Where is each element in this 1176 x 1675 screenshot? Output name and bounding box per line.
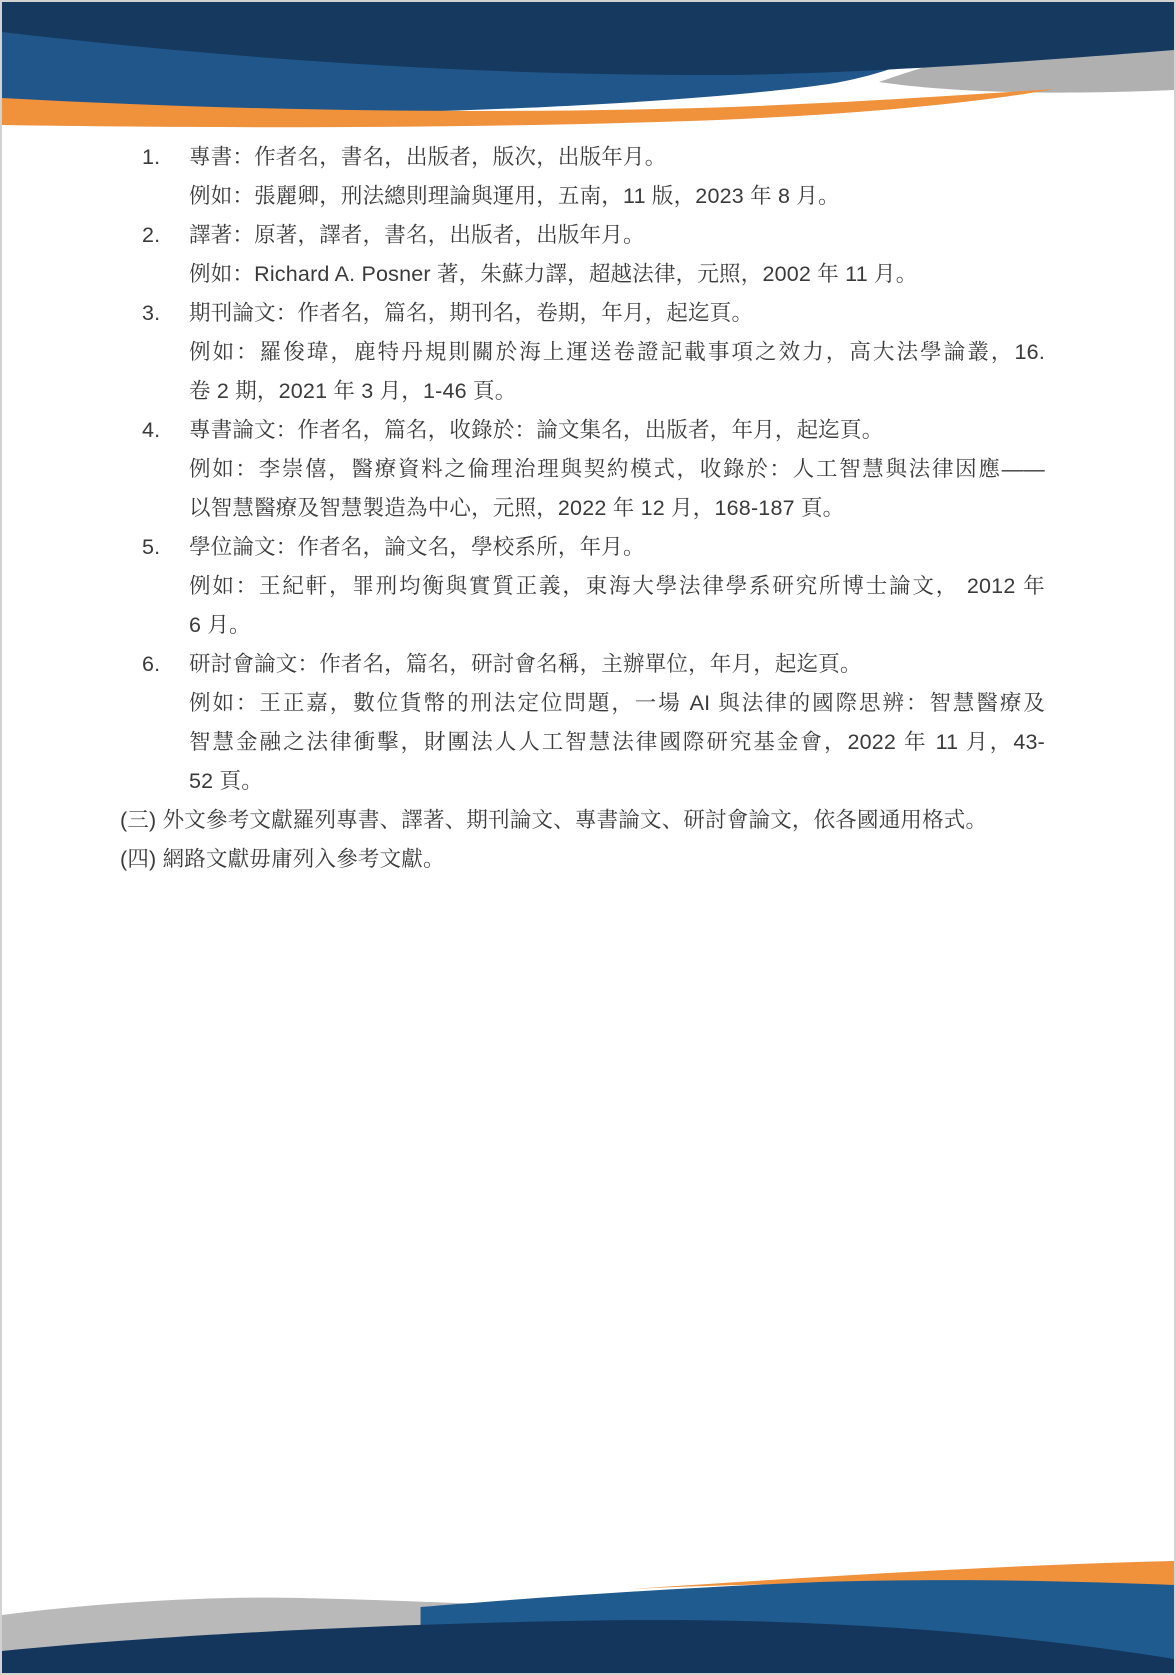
list-row: (四) 網路文獻毋庸列入參考文獻。	[120, 840, 1045, 879]
list-item-number: 6.	[142, 645, 189, 684]
list-item-text: 研討會論文：作者名，篇名，研討會名稱，主辦單位，年月，起迄頁。	[189, 645, 1045, 684]
list-item-text: 例如：Richard A. Posner 著，朱蘇力譯，超越法律，元照，2002…	[189, 255, 1045, 294]
list-item-text: 6 月。	[189, 606, 1045, 645]
footer-wave-gray	[2, 1598, 680, 1673]
header-wave-navy	[2, 2, 1174, 75]
list-row: 例如：王正嘉，數位貨幣的刑法定位問題，一場 AI 與法律的國際思辨：智慧醫療及	[142, 684, 1045, 723]
list-item-number	[142, 177, 189, 216]
list-item-number: 2.	[142, 216, 189, 255]
list-item-text: 以智慧醫療及智慧製造為中心，元照，2022 年 12 月，168-187 頁。	[189, 489, 1045, 528]
list-row: 3. 期刊論文：作者名，篇名，期刊名，卷期，年月，起迄頁。	[142, 294, 1045, 333]
list-item-number: 4.	[142, 411, 189, 450]
list-item-text: (四) 網路文獻毋庸列入參考文獻。	[120, 840, 1045, 879]
list-item-text: 專書：作者名，書名，出版者，版次，出版年月。	[189, 138, 1045, 177]
list-row: 智慧金融之法律衝擊，財團法人人工智慧法律國際研究基金會，2022 年 11 月，…	[142, 723, 1045, 762]
list-row: 1. 專書：作者名，書名，出版者，版次，出版年月。	[142, 138, 1045, 177]
list-row: 例如：王紀軒，罪刑均衡與實質正義，東海大學法律學系研究所博士論文， 2012 年	[142, 567, 1045, 606]
list-item-text: 例如：李崇僖，醫療資料之倫理治理與契約模式，收錄於：人工智慧與法律因應——	[189, 450, 1045, 489]
list-row: (三) 外文參考文獻羅列專書、譯著、期刊論文、專書論文、研討會論文，依各國通用格…	[120, 801, 1045, 840]
list-item-number	[142, 684, 189, 723]
list-item-text: 學位論文：作者名，論文名，學校系所，年月。	[189, 528, 1045, 567]
list-row: 52 頁。	[142, 762, 1045, 801]
header-wave-gray	[879, 14, 1174, 93]
footer-swoosh-graphic	[2, 1473, 1174, 1673]
list-row: 6. 研討會論文：作者名，篇名，研討會名稱，主辦單位，年月，起迄頁。	[142, 645, 1045, 684]
header-wave-blue	[2, 2, 979, 114]
list-row: 5. 學位論文：作者名，論文名，學校系所，年月。	[142, 528, 1045, 567]
footer-wave-navy	[2, 1620, 1174, 1673]
list-item-text: 52 頁。	[189, 762, 1045, 801]
list-item-number	[142, 762, 189, 801]
list-item-number	[142, 255, 189, 294]
list-item-number	[142, 489, 189, 528]
list-item-number: 3.	[142, 294, 189, 333]
footer-wave-blue	[421, 1580, 1174, 1673]
list-item-text: 專書論文：作者名，篇名，收錄於：論文集名，出版者，年月，起迄頁。	[189, 411, 1045, 450]
list-item-number	[142, 333, 189, 372]
list-item-text: 例如：張麗卿，刑法總則理論與運用，五南，11 版，2023 年 8 月。	[189, 177, 1045, 216]
list-item-number: 5.	[142, 528, 189, 567]
list-row: 例如：羅俊瑋，鹿特丹規則關於海上運送卷證記載事項之效力，高大法學論叢，16.	[142, 333, 1045, 372]
header-wave-orange	[2, 89, 1054, 127]
list-item-text: 例如：羅俊瑋，鹿特丹規則關於海上運送卷證記載事項之效力，高大法學論叢，16.	[189, 333, 1045, 372]
list-item-number	[142, 723, 189, 762]
list-row: 以智慧醫療及智慧製造為中心，元照，2022 年 12 月，168-187 頁。	[142, 489, 1045, 528]
list-row: 卷 2 期，2021 年 3 月，1-46 頁。	[142, 372, 1045, 411]
list-item-text: 例如：王正嘉，數位貨幣的刑法定位問題，一場 AI 與法律的國際思辨：智慧醫療及	[189, 684, 1045, 723]
list-row: 4. 專書論文：作者名，篇名，收錄於：論文集名，出版者，年月，起迄頁。	[142, 411, 1045, 450]
list-row: 例如：張麗卿，刑法總則理論與運用，五南，11 版，2023 年 8 月。	[142, 177, 1045, 216]
list-item-text: (三) 外文參考文獻羅列專書、譯著、期刊論文、專書論文、研討會論文，依各國通用格…	[120, 801, 1045, 840]
list-row: 2. 譯著：原著，譯者，書名，出版者，出版年月。	[142, 216, 1045, 255]
list-item-number: 1.	[142, 138, 189, 177]
list-item-text: 譯著：原著，譯者，書名，出版者，出版年月。	[189, 216, 1045, 255]
list-row: 例如：Richard A. Posner 著，朱蘇力譯，超越法律，元照，2002…	[142, 255, 1045, 294]
list-item-text: 期刊論文：作者名，篇名，期刊名，卷期，年月，起迄頁。	[189, 294, 1045, 333]
list-item-number	[142, 372, 189, 411]
document-page: 1. 專書：作者名，書名，出版者，版次，出版年月。 例如：張麗卿，刑法總則理論與…	[0, 0, 1176, 1675]
header-swoosh-graphic	[2, 2, 1174, 134]
list-item-text: 例如：王紀軒，罪刑均衡與實質正義，東海大學法律學系研究所博士論文， 2012 年	[189, 567, 1045, 606]
list-item-number	[142, 450, 189, 489]
list-item-number	[142, 606, 189, 645]
reference-list: 1. 專書：作者名，書名，出版者，版次，出版年月。 例如：張麗卿，刑法總則理論與…	[142, 138, 1045, 879]
footer-wave-orange	[630, 1561, 1174, 1589]
list-row: 6 月。	[142, 606, 1045, 645]
list-item-number	[142, 567, 189, 606]
list-row: 例如：李崇僖，醫療資料之倫理治理與契約模式，收錄於：人工智慧與法律因應——	[142, 450, 1045, 489]
list-item-text: 卷 2 期，2021 年 3 月，1-46 頁。	[189, 372, 1045, 411]
list-item-text: 智慧金融之法律衝擊，財團法人人工智慧法律國際研究基金會，2022 年 11 月，…	[189, 723, 1045, 762]
